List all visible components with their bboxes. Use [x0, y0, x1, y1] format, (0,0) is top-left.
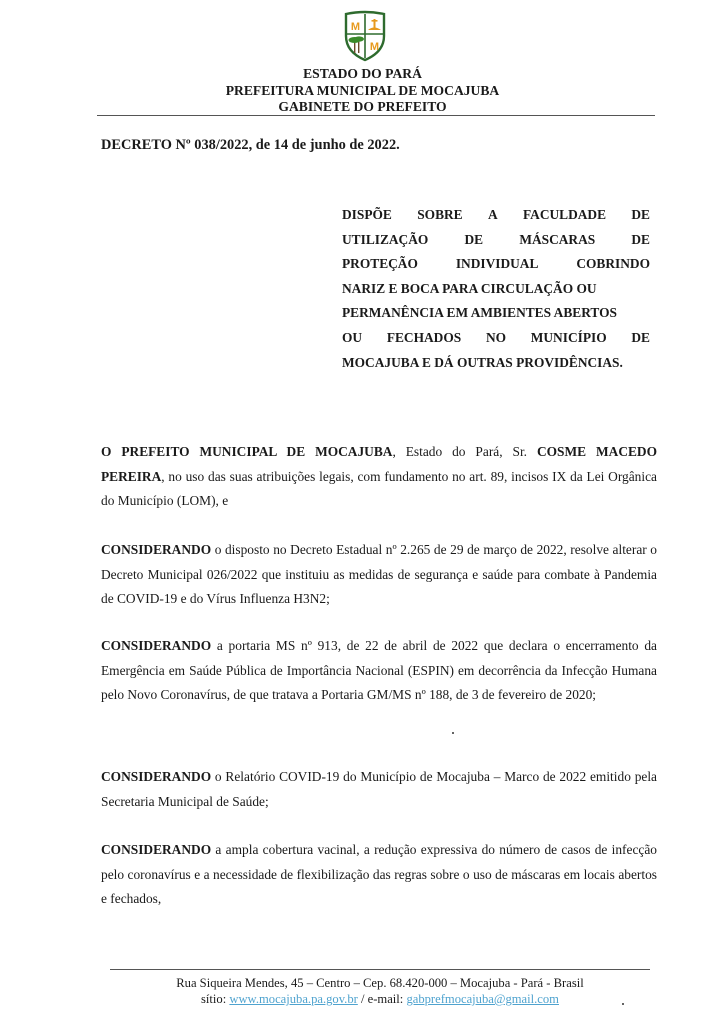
- municipal-coat-of-arms-icon: M M: [343, 10, 387, 62]
- considerando-label: CONSIDERANDO: [101, 542, 211, 557]
- footer-divider: [110, 969, 650, 970]
- considerando-label: CONSIDERANDO: [101, 842, 211, 857]
- considerando-paragraph: CONSIDERANDO o Relatório COVID-19 do Mun…: [101, 765, 657, 814]
- summary-line: UTILIZAÇÃODEMÁSCARASDE: [342, 228, 650, 253]
- email-link[interactable]: gabprefmocajuba@gmail.com: [406, 992, 559, 1006]
- considerando-label: CONSIDERANDO: [101, 769, 211, 784]
- scan-speck: [452, 732, 454, 734]
- office-name: GABINETE DO PREFEITO: [0, 99, 725, 116]
- summary-line: OUFECHADOSNOMUNICÍPIODE: [342, 326, 650, 351]
- footer-contact: sítio: www.mocajuba.pa.gov.br / e-mail: …: [0, 991, 725, 1007]
- decree-title: DECRETO Nº 038/2022, de 14 de junho de 2…: [101, 137, 400, 154]
- footer: Rua Siqueira Mendes, 45 – Centro – Cep. …: [0, 975, 725, 1007]
- letterhead: ESTADO DO PARÁ PREFEITURA MUNICIPAL DE M…: [0, 66, 725, 116]
- municipality-name: PREFEITURA MUNICIPAL DE MOCAJUBA: [0, 83, 725, 100]
- summary-line: PERMANÊNCIA EM AMBIENTES ABERTOS: [342, 301, 650, 326]
- summary-line: NARIZ E BOCA PARA CIRCULAÇÃO OU: [342, 277, 650, 302]
- footer-address: Rua Siqueira Mendes, 45 – Centro – Cep. …: [0, 975, 725, 991]
- state-name: ESTADO DO PARÁ: [0, 66, 725, 83]
- header-divider: [97, 115, 655, 116]
- website-link[interactable]: www.mocajuba.pa.gov.br: [229, 992, 357, 1006]
- decree-summary: DISPÕESOBREAFACULDADEDEUTILIZAÇÃODEMÁSCA…: [342, 203, 650, 375]
- preamble-paragraph: O PREFEITO MUNICIPAL DE MOCAJUBA, Estado…: [101, 440, 657, 514]
- considerando-paragraph: CONSIDERANDO o disposto no Decreto Estad…: [101, 538, 657, 612]
- considerando-paragraph: CONSIDERANDO a ampla cobertura vacinal, …: [101, 838, 657, 912]
- considerando-label: CONSIDERANDO: [101, 638, 211, 653]
- summary-line: MOCAJUBA E DÁ OUTRAS PROVIDÊNCIAS.: [342, 351, 650, 376]
- svg-text:M: M: [351, 21, 360, 33]
- preamble-bold-title: O PREFEITO MUNICIPAL DE MOCAJUBA: [101, 444, 392, 459]
- considerando-paragraph: CONSIDERANDO a portaria MS nº 913, de 22…: [101, 634, 657, 708]
- summary-line: DISPÕESOBREAFACULDADEDE: [342, 203, 650, 228]
- svg-text:M: M: [370, 41, 379, 53]
- summary-line: PROTEÇÃOINDIVIDUALCOBRINDO: [342, 252, 650, 277]
